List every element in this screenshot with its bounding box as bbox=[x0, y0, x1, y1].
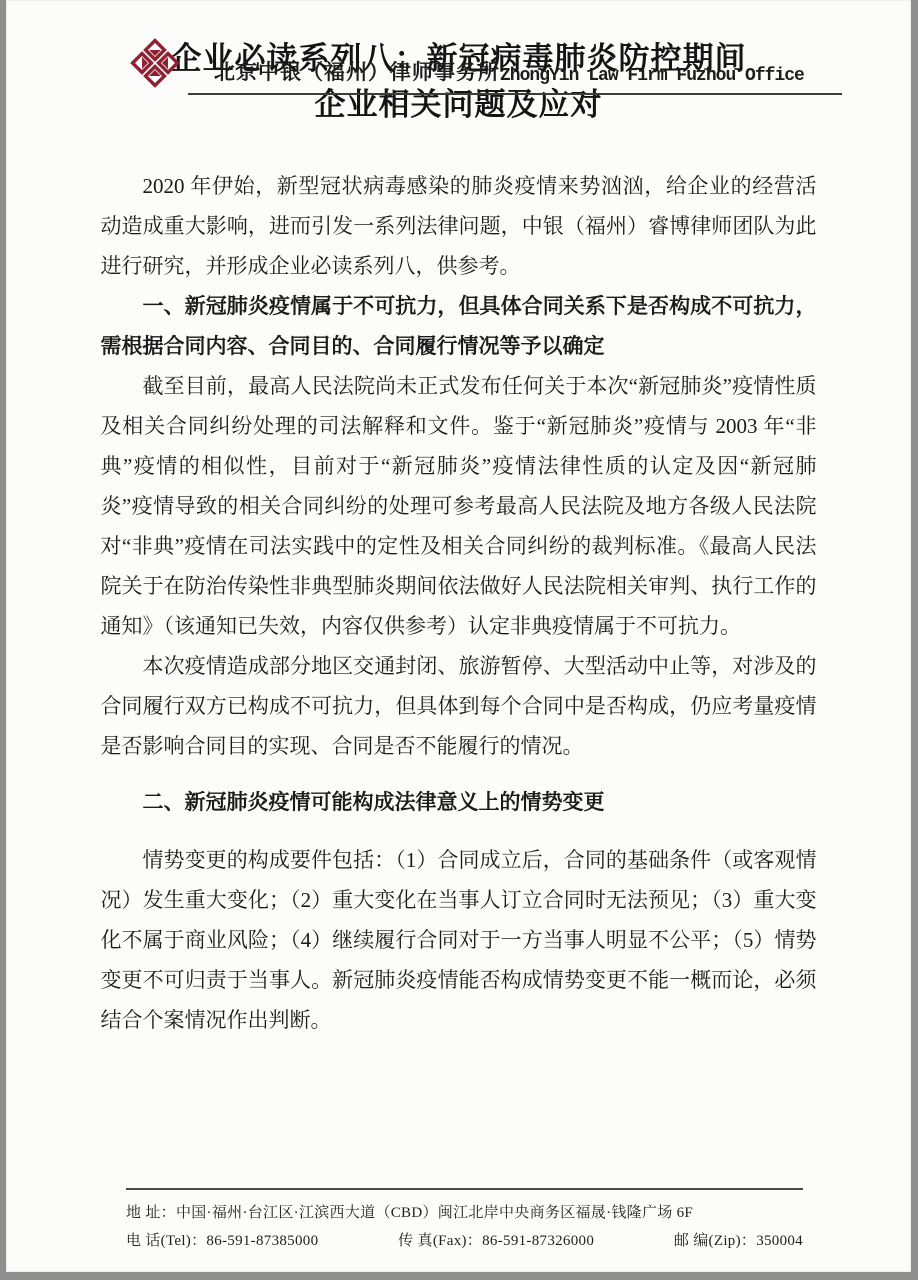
document-page: 北京中银（福州）律师事务所 ZhongYin Law Firm Fuzhou O… bbox=[6, 0, 911, 1272]
section-heading-2: 二、新冠肺炎疫情可能构成法律意义上的情势变更 bbox=[101, 782, 817, 822]
paragraph-intro: 2020 年伊始，新型冠状病毒感染的肺炎疫情来势汹汹，给企业的经营活动造成重大影… bbox=[101, 166, 817, 286]
firm-name-chinese: 北京中银（福州）律师事务所 bbox=[214, 56, 500, 86]
footer-zip-label: 邮 编(Zip)： bbox=[674, 1233, 756, 1249]
paragraph-section1-a: 截至目前，最高人民法院尚未正式发布任何关于本次“新冠肺炎”疫情性质及相关合同纠纷… bbox=[101, 366, 817, 646]
footer-address-value: 中国·福州·台江区·江滨西大道（CBD）闽江北岸中央商务区福晟·钱隆广场 6F bbox=[176, 1205, 693, 1221]
footer-address: 地 址：中国·福州·台江区·江滨西大道（CBD）闽江北岸中央商务区福晟·钱隆广场… bbox=[126, 1201, 803, 1222]
footer-zip: 邮 编(Zip)：350004 bbox=[674, 1229, 803, 1250]
footer-tel: 电 话(Tel)：86-591-87385000 bbox=[126, 1229, 318, 1250]
firm-name-english: ZhongYin Law Firm Fuzhou Office bbox=[500, 66, 804, 86]
section-heading-1: 一、新冠肺炎疫情属于不可抗力，但具体合同关系下是否构成不可抗力，需根据合同内容、… bbox=[101, 286, 817, 366]
footer-tel-label: 电 话(Tel)： bbox=[126, 1233, 206, 1249]
paragraph-section1-b: 本次疫情造成部分地区交通封闭、旅游暂停、大型活动中止等，对涉及的合同履行双方已构… bbox=[101, 646, 817, 766]
footer-address-label: 地 址： bbox=[126, 1205, 176, 1221]
document-body: 2020 年伊始，新型冠状病毒感染的肺炎疫情来势汹汹，给企业的经营活动造成重大影… bbox=[101, 166, 817, 1040]
footer-fax-label: 传 真(Fax)： bbox=[398, 1233, 482, 1249]
letterhead-names: 北京中银（福州）律师事务所 ZhongYin Law Firm Fuzhou O… bbox=[188, 32, 842, 95]
letterhead: 北京中银（福州）律师事务所 ZhongYin Law Firm Fuzhou O… bbox=[128, 32, 789, 95]
footer-fax: 传 真(Fax)：86-591-87326000 bbox=[398, 1229, 594, 1250]
letterhead-footer: 地 址：中国·福州·台江区·江滨西大道（CBD）闽江北岸中央商务区福晟·钱隆广场… bbox=[126, 1188, 803, 1250]
zhongyin-diamond-logo-icon bbox=[128, 34, 182, 92]
footer-fax-value: 86-591-87326000 bbox=[482, 1233, 594, 1249]
footer-contacts: 电 话(Tel)：86-591-87385000 传 真(Fax)：86-591… bbox=[126, 1229, 803, 1250]
footer-tel-value: 86-591-87385000 bbox=[206, 1233, 318, 1249]
paragraph-section2-a: 情势变更的构成要件包括：（1）合同成立后，合同的基础条件（或客观情况）发生重大变… bbox=[101, 840, 817, 1040]
footer-zip-value: 350004 bbox=[756, 1233, 803, 1249]
